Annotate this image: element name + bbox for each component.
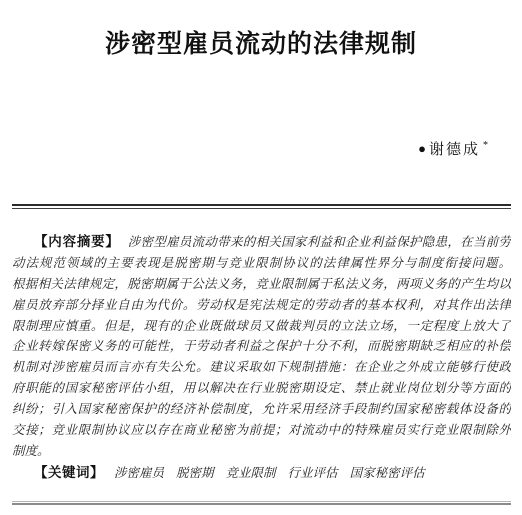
abstract-section: 【内容摘要】涉密型雇员流动带来的相关国家利益和企业利益保护隐患，在当前劳 动法规… [12,232,511,462]
keywords-label: 【关键词】 [34,465,104,480]
abstract-label: 【内容摘要】 [34,234,120,249]
abstract-line: 机制对涉密雇员而言亦有失公允。建议采取如下规制措施：在企业之外成立能够行使政 [12,357,511,378]
abstract-line: 【内容摘要】涉密型雇员流动带来的相关国家利益和企业利益保护隐患，在当前劳 [12,232,511,253]
keyword-item: 国家秘密评估 [350,466,425,480]
bottom-divider [12,501,511,505]
keyword-item: 竞业限制 [226,466,276,480]
abstract-text: 涉密型雇员流动带来的相关国家利益和企业利益保护隐患，在当前劳 [128,235,511,249]
keyword-item: 脱密期 [176,466,214,480]
top-divider [12,204,511,209]
author-footnote-mark: * [483,140,488,151]
abstract-line: 限制理应慎重。但是，现有的企业既做球员又做裁判员的立法立场，一定程度上放大了 [12,316,511,337]
abstract-line: 企业转嫁保密义务的可能性，于劳动者利益之保护十分不利，而脱密期缺乏相应的补偿 [12,336,511,357]
abstract-line: 动法规范领域的主要表现是脱密期与竞业限制协议的法律属性界分与制度衔接问题。 [12,253,511,274]
keyword-item: 行业评估 [288,466,338,480]
author-line: ●谢德成* [0,137,522,155]
abstract-line: 制度。 [12,441,511,462]
author-bullet-icon: ● [418,141,426,156]
abstract-line: 根据相关法律规定，脱密期属于公法义务，竞业限制属于私法义务，两项义务的产生均以 [12,274,511,295]
abstract-line: 雇员放弃部分择业自由为代价。劳动权是宪法规定的劳动者的基本权利，对其作出法律 [12,295,511,316]
abstract-line: 府职能的国家秘密评估小组，用以解决在行业脱密期设定、禁止就业岗位划分等方面的 [12,378,511,399]
paper-title: 涉密型雇员流动的法律规制 [0,28,522,61]
keyword-item: 涉密雇员 [114,466,164,480]
abstract-line: 交接；竞业限制协议应以存在商业秘密为前提；对流动中的特殊雇员实行竞业限制除外 [12,420,511,441]
document-page: 涉密型雇员流动的法律规制 ●谢德成* 【内容摘要】涉密型雇员流动带来的相关国家利… [0,0,522,515]
keywords-line: 【关键词】涉密雇员脱密期竞业限制行业评估国家秘密评估 [12,462,511,483]
author-name: 谢德成 [429,142,480,158]
abstract-line: 纠纷；引入国家秘密保护的经济补偿制度，允许采用经济手段制约国家秘密载体设备的 [12,399,511,420]
